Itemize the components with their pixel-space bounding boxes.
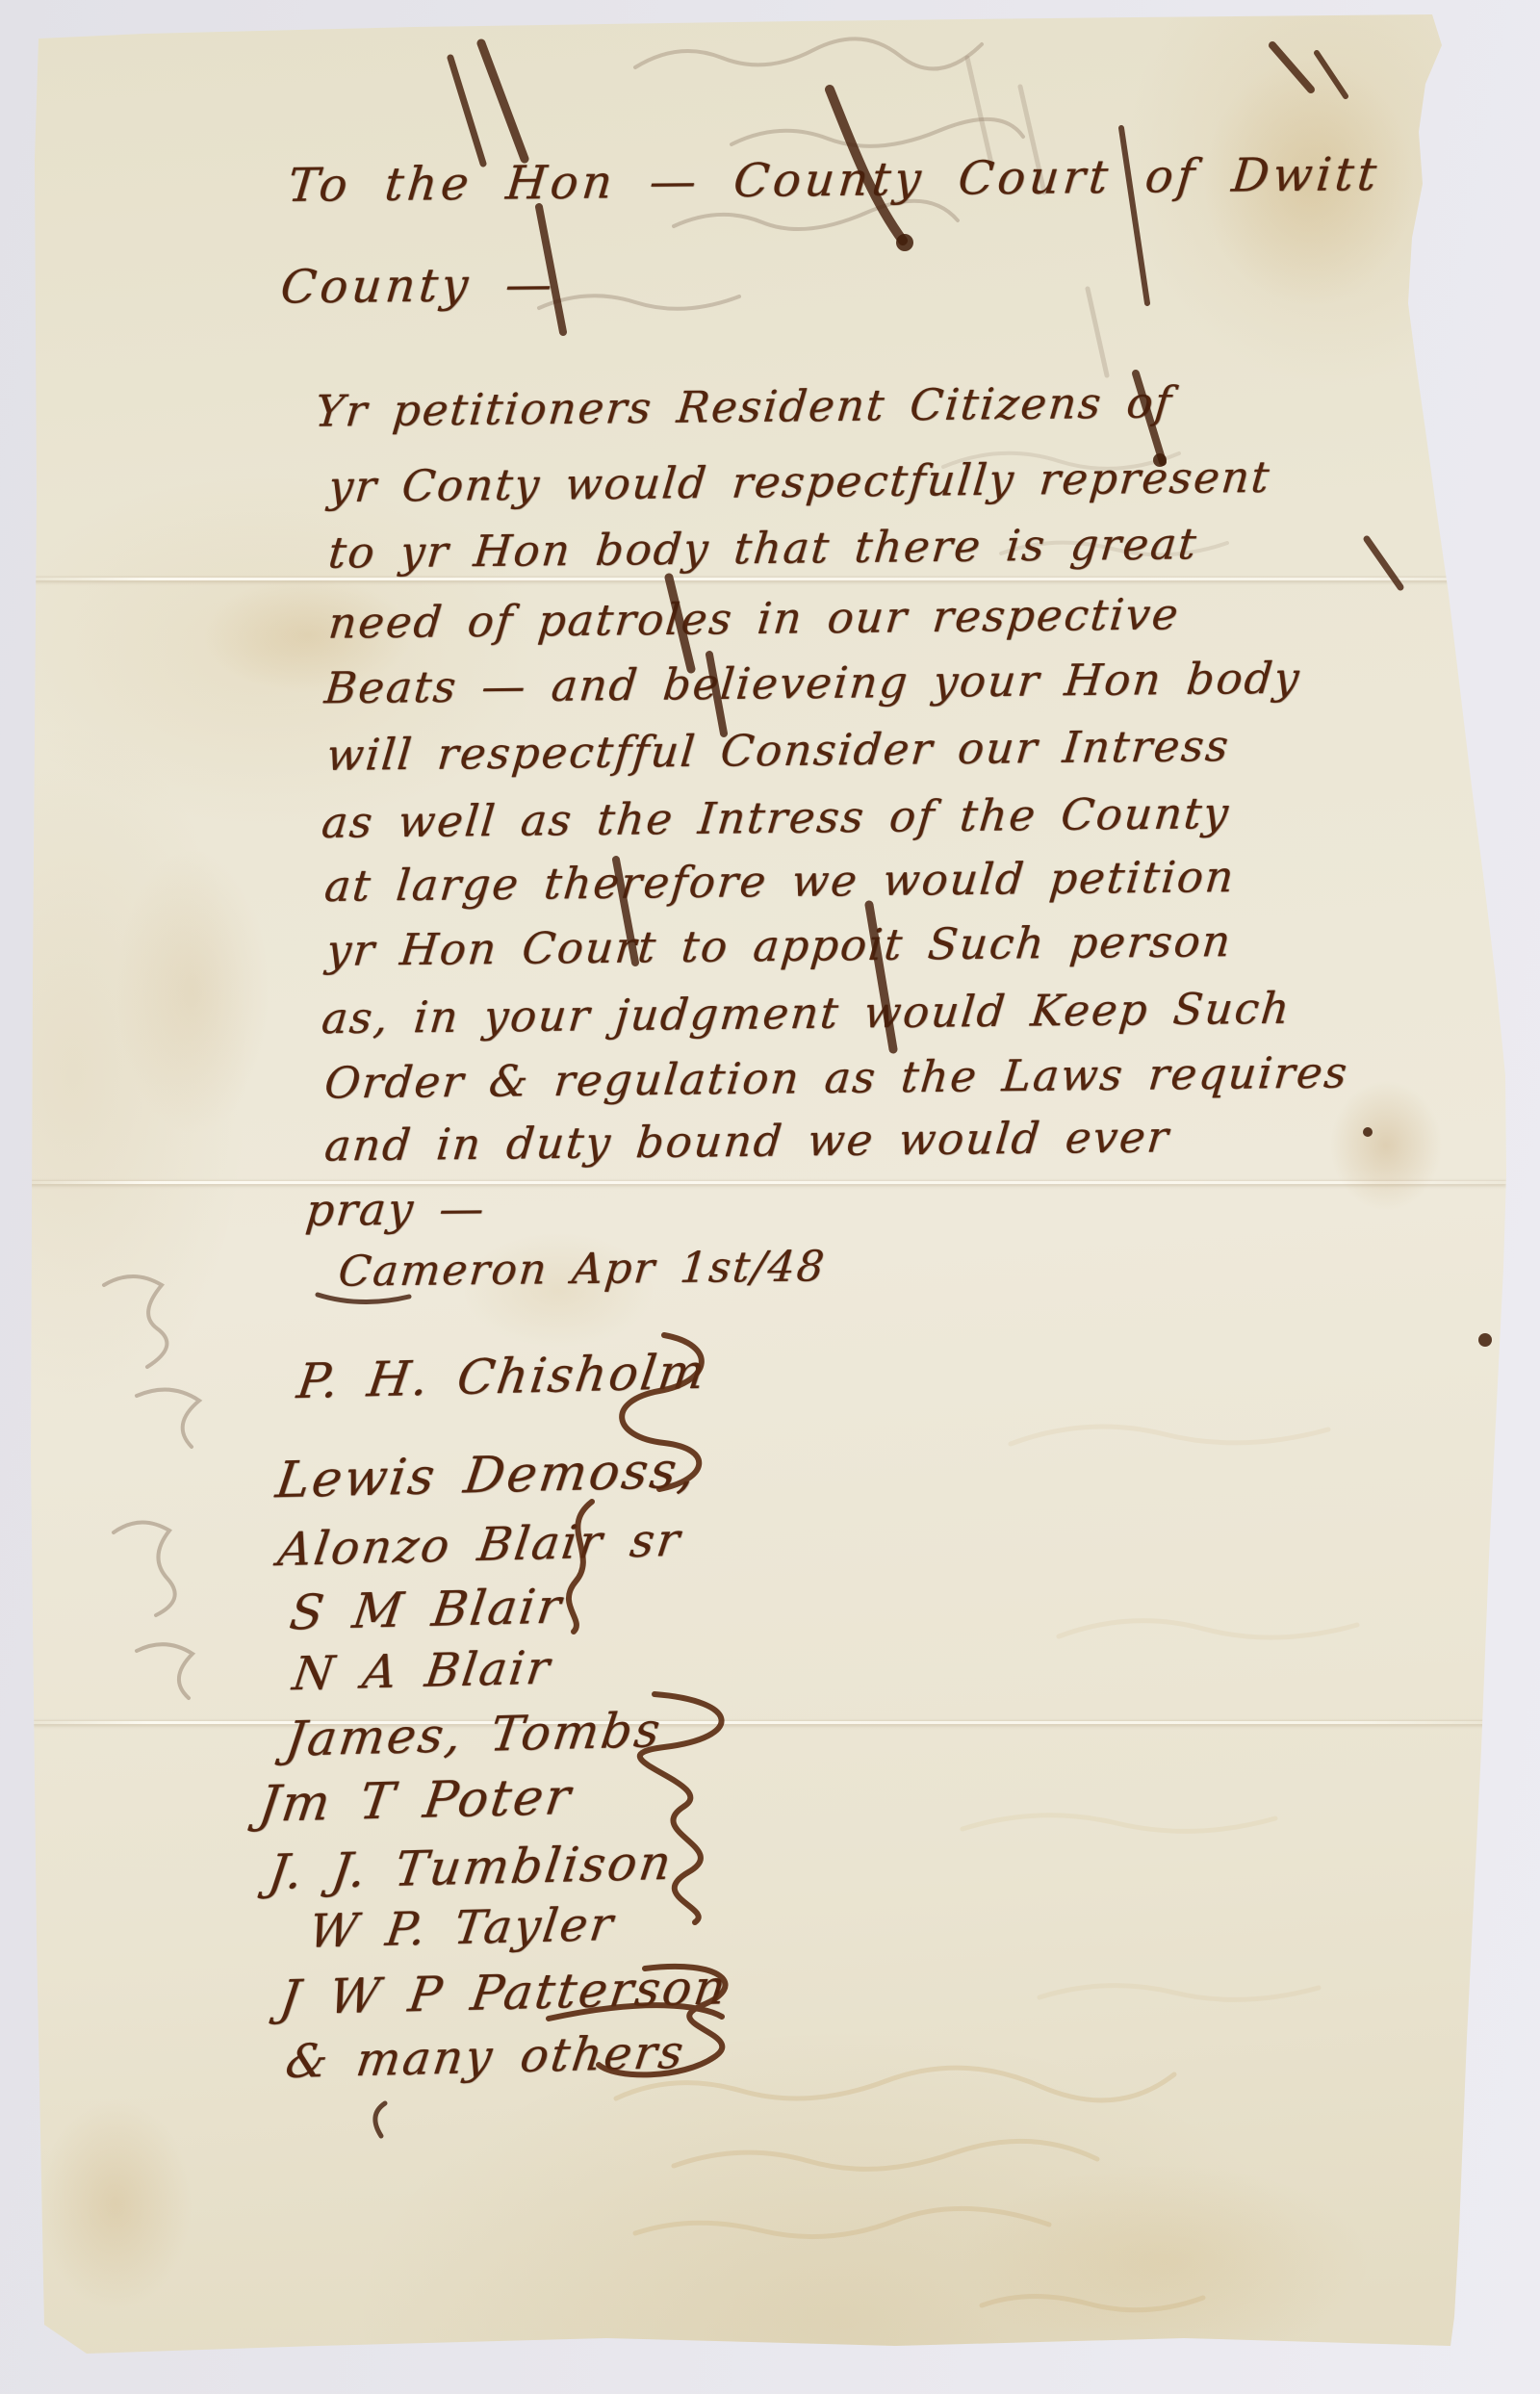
ink-flourishes (29, 14, 1506, 2368)
ink-blobs (896, 234, 1492, 1347)
signature-braces (549, 1335, 726, 2074)
paper-sheet: To the Hon — County Court of Dwitt Count… (29, 14, 1506, 2368)
scanned-document: To the Hon — County Court of Dwitt Count… (0, 0, 1540, 2394)
